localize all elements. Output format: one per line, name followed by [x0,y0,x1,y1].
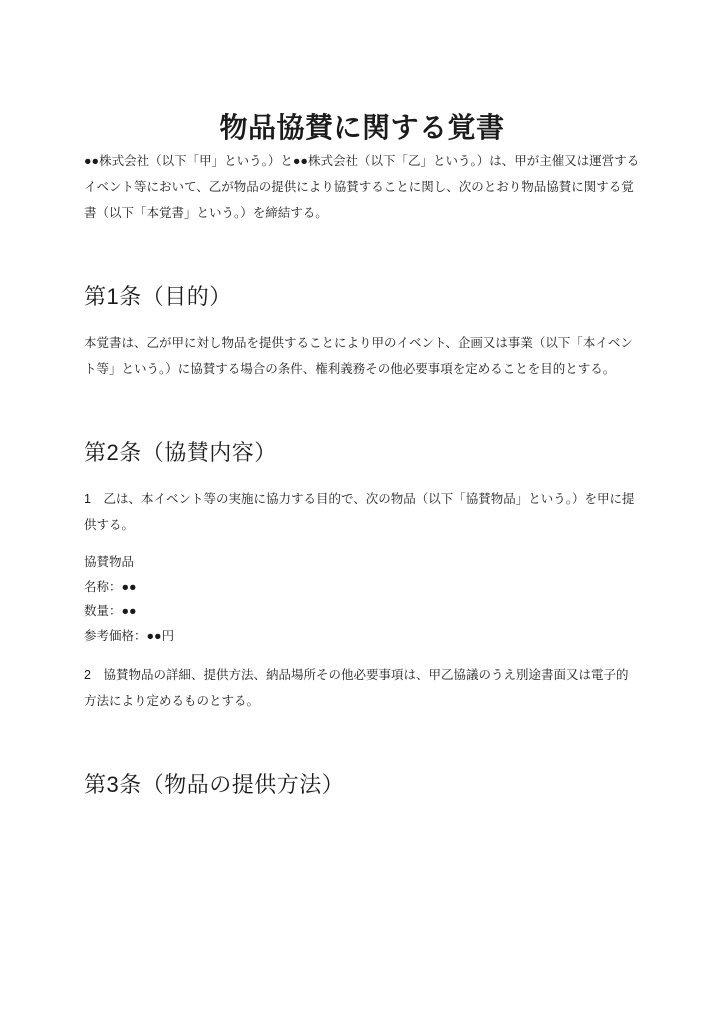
sponsored-goods-reference-price: 参考価格：●●円 [84,624,640,649]
sponsored-goods-list: 協賛物品 名称：●● 数量：●● 参考価格：●●円 [84,550,640,648]
article-2-heading: 第2条（協賛内容） [84,438,640,468]
document-page: 物品協賛に関する覚書 ●●株式会社（以下「甲」という。）と●●株式会社（以下「乙… [0,0,724,1024]
article-1-heading: 第1条（目的） [84,282,640,312]
article-2-clause-1: 1 乙は、本イベント等の実施に協力する目的で、次の物品（以下「協賛物品」という。… [84,486,640,538]
sponsored-goods-label: 協賛物品 [84,550,640,575]
sponsored-goods-name: 名称：●● [84,575,640,600]
document-title: 物品協賛に関する覚書 [84,108,640,148]
sponsored-goods-quantity: 数量：●● [84,599,640,624]
article-3-heading: 第3条（物品の提供方法） [84,770,640,800]
preamble-paragraph: ●●株式会社（以下「甲」という。）と●●株式会社（以下「乙」という。）は、甲が主… [84,148,640,226]
article-1-paragraph: 本覚書は、乙が甲に対し物品を提供することにより甲のイベント、企画又は事業（以下「… [84,330,640,382]
article-2-clause-2: 2 協賛物品の詳細、提供方法、納品場所その他必要事項は、甲乙協議のうえ別途書面又… [84,662,640,714]
